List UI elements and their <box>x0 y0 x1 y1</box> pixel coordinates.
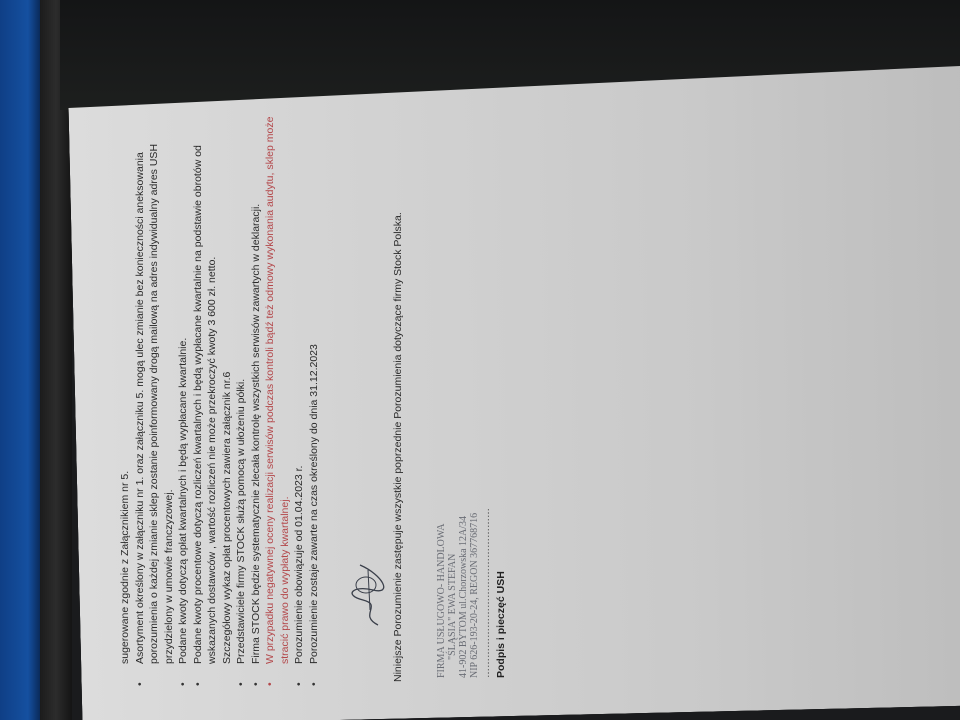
handwritten-signature <box>348 560 388 630</box>
company-stamp: FIRMA USŁUGOWO- HANDLOWA "ŚLĄSIA" EWA ST… <box>436 100 480 700</box>
list-item: sugerowane zgodnie z Załącznikiem nr 5. <box>118 100 133 700</box>
terms-list: sugerowane zgodnie z Załącznikiem nr 5. … <box>118 100 321 700</box>
list-item: Porozumienie zostaje zawarte na czas okr… <box>307 100 322 700</box>
stamp-line: "ŚLĄSIA" EWA STEFAN <box>447 100 458 678</box>
signature-label: Podpis i pieczęć USH <box>494 100 509 700</box>
list-item: Podane kwoty procentowe dotyczą rozlicze… <box>191 100 220 700</box>
list-item: Szczegółowy wykaz opłat procentowych zaw… <box>220 100 235 700</box>
signature-dots: …………………………………………… <box>480 100 495 700</box>
list-item: Podane kwoty dotyczą opłat kwartalnych i… <box>176 100 191 700</box>
stamp-line: NIP 626-193-20-24, REGON 367768716 <box>469 100 480 678</box>
list-item: Firma STOCK będzie systematycznie zlecał… <box>249 100 264 700</box>
list-item: Przedstawiciele firmy STOCK służą pomocą… <box>234 100 249 700</box>
closing-paragraph: Niniejsze Porozumienie zastępuje wszystk… <box>391 100 406 700</box>
list-item: Porozumienie obowiązuje od 01.04.2023 r. <box>292 100 307 700</box>
document-page: sugerowane zgodnie z Załącznikiem nr 5. … <box>118 100 418 700</box>
list-item-warning: W przypadku negatywnej oceny realizacji … <box>263 100 292 700</box>
blue-folder-edge <box>0 0 40 720</box>
stamp-line: 41-902 BYTOM ul.Chorzowska 12A/34 <box>458 100 469 678</box>
list-item: Asortyment określony w załączniku nr 1. … <box>133 100 177 700</box>
stamp-line: FIRMA USŁUGOWO- HANDLOWA <box>436 100 447 678</box>
